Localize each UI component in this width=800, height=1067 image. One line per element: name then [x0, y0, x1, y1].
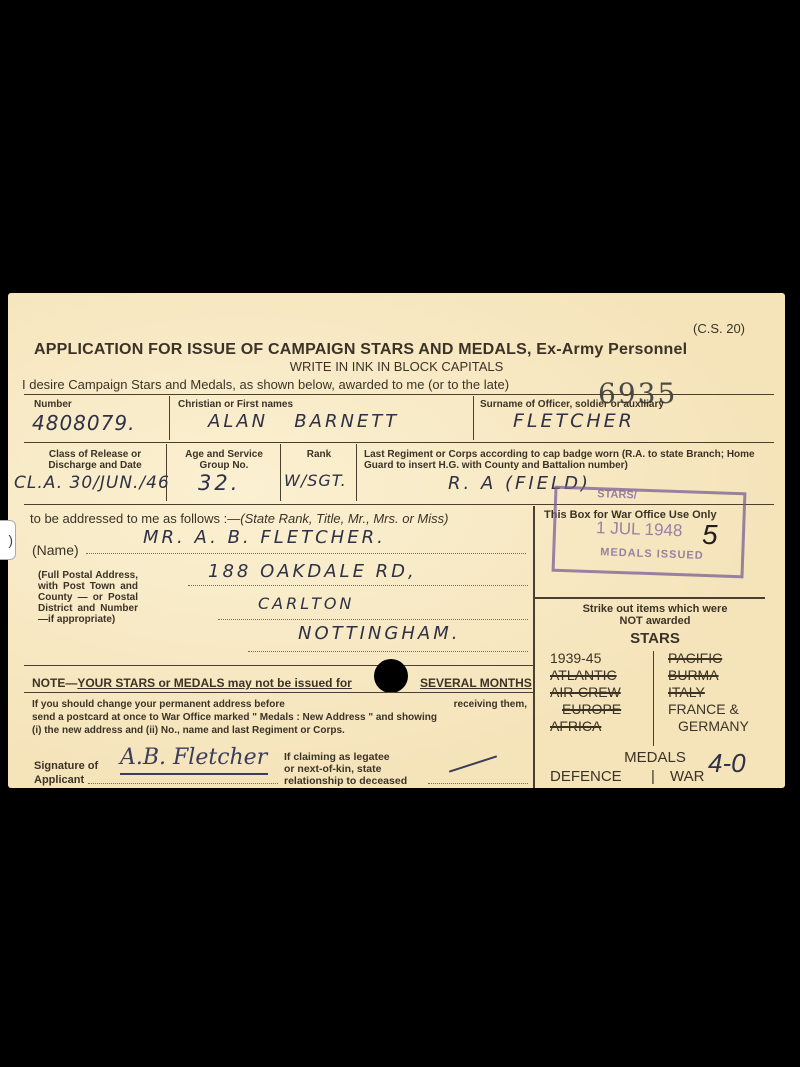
note-body: If you should change your permanent addr… [32, 698, 527, 737]
strike-instruction: Strike out items which were NOT awarded [535, 603, 775, 627]
form-intro: I desire Campaign Stars and Medals, as s… [22, 377, 509, 392]
star-atlantic[interactable]: ATLANTIC [550, 667, 650, 684]
postal-address-label: (Full Postal Address, with Post Town and… [38, 570, 138, 625]
note-prefix: NOTE— [32, 676, 77, 690]
legatee-label-1: If claiming as legatee [284, 751, 424, 763]
legatee-label-2: or next-of-kin, state [284, 763, 424, 775]
address-heading: to be addressed to me as follows :—(Stat… [30, 511, 448, 526]
address-heading-text: to be addressed to me as follows :— [30, 511, 240, 526]
address-rule [248, 651, 528, 652]
signature-field[interactable]: A.B. Fletcher [120, 745, 267, 770]
stars-divider [653, 651, 654, 746]
release-field[interactable]: CL.A. 30/JUN./46 [14, 473, 170, 493]
section-divider [533, 506, 535, 788]
first-names-label: Christian or First names [178, 399, 293, 410]
punch-hole [374, 659, 408, 693]
signature-label-1: Signature of [34, 759, 98, 773]
medal-war[interactable]: WAR [670, 768, 704, 785]
rank-field[interactable]: W/SGT. [284, 471, 347, 490]
address-rule [218, 619, 528, 620]
star-europe[interactable]: EUROPE [550, 701, 650, 718]
note-body-1: If you should change your permanent addr… [32, 698, 285, 711]
divider [473, 396, 474, 440]
name-line [86, 553, 526, 554]
star-france-germany[interactable]: FRANCE & [668, 701, 778, 718]
medal-application-card: (C.S. 20) APPLICATION FOR ISSUE OF CAMPA… [8, 293, 785, 788]
legatee-label: If claiming as legatee or next-of-kin, s… [284, 751, 424, 787]
number-field[interactable]: 4808079. [32, 411, 135, 435]
medal-defence[interactable]: DEFENCE [550, 768, 622, 785]
divider [535, 597, 765, 599]
legatee-field[interactable] [449, 755, 497, 772]
form-code: (C.S. 20) [693, 321, 745, 336]
divider [169, 396, 170, 440]
divider [24, 665, 533, 666]
stars-left-column: 1939-45 ATLANTIC AIR-CREW EUROPE AFRICA [550, 650, 650, 735]
note-body-3: (i) the new address and (ii) No., name a… [32, 724, 527, 737]
strike-instruction-2: NOT awarded [535, 615, 775, 627]
signature-underline [120, 773, 268, 775]
surname-label: Surname of Officer, soldier or auxiliary [480, 399, 664, 410]
note-line: NOTE—YOUR STARS or MEDALS may not be iss… [32, 676, 352, 690]
divider [24, 442, 774, 443]
age-label: Age and Service Group No. [172, 449, 276, 471]
divider [356, 444, 357, 501]
medals-handwritten-mark: 4-0 [708, 748, 746, 779]
stars-heading: STARS [535, 630, 775, 647]
address-heading-note: (State Rank, Title, Mr., Mrs. or Miss) [240, 511, 448, 526]
note-body-2: send a postcard at once to War Office ma… [32, 711, 527, 724]
stamp-date: 1 JUL 1948 [596, 518, 683, 541]
stars-right-column: PACIFIC BURMA ITALY FRANCE & GERMANY [668, 650, 778, 735]
address-line-2[interactable]: CARLTON [258, 594, 354, 613]
first-names-field[interactable]: ALAN BARNETT [208, 411, 399, 432]
stamp-top-text: STARS/ [597, 488, 637, 501]
strike-instruction-1: Strike out items which were [535, 603, 775, 615]
form-instruction: WRITE IN INK IN BLOCK CAPITALS [8, 359, 785, 374]
legatee-rule [428, 783, 528, 784]
note-body-1b: receiving them, [454, 698, 527, 711]
name-label: (Name) [32, 542, 79, 558]
star-burma[interactable]: BURMA [668, 667, 778, 684]
stamp-bottom-text: MEDALS ISSUED [600, 546, 704, 562]
signature-label-2: Applicant [34, 773, 98, 787]
regiment-label: Last Regiment or Corps according to cap … [364, 449, 764, 471]
divider [24, 394, 774, 395]
address-line-3[interactable]: NOTTINGHAM. [298, 623, 460, 644]
signature-rule [88, 783, 278, 784]
star-air-crew[interactable]: AIR-CREW [550, 684, 650, 701]
age-field[interactable]: 32. [198, 471, 240, 495]
legatee-label-3: relationship to deceased [284, 775, 424, 787]
release-label: Class of Release or Discharge and Date [30, 449, 160, 471]
number-label: Number [34, 399, 72, 410]
star-africa[interactable]: AFRICA [550, 718, 650, 735]
address-rule [188, 585, 528, 586]
star-italy[interactable]: ITALY [668, 684, 778, 701]
medal-divider: | [651, 768, 655, 785]
address-line-1[interactable]: 188 OAKDALE RD, [208, 561, 417, 582]
surname-field[interactable]: FLETCHER [513, 410, 635, 432]
star-france-germany-2[interactable]: GERMANY [668, 718, 778, 735]
side-panel-tab[interactable]: ) [0, 520, 16, 560]
note-underlined: YOUR STARS or MEDALS may not be issued f… [77, 676, 351, 690]
form-title: APPLICATION FOR ISSUE OF CAMPAIGN STARS … [34, 341, 687, 359]
star-pacific[interactable]: PACIFIC [668, 650, 778, 667]
rank-label: Rank [286, 449, 352, 460]
war-office-handwritten-mark: 5 [702, 519, 718, 551]
divider [280, 444, 281, 501]
name-field[interactable]: MR. A. B. FLETCHER. [143, 527, 386, 548]
note-several-months: SEVERAL MONTHS [420, 676, 532, 690]
star-1939-45[interactable]: 1939-45 [550, 650, 650, 667]
divider [24, 692, 533, 693]
